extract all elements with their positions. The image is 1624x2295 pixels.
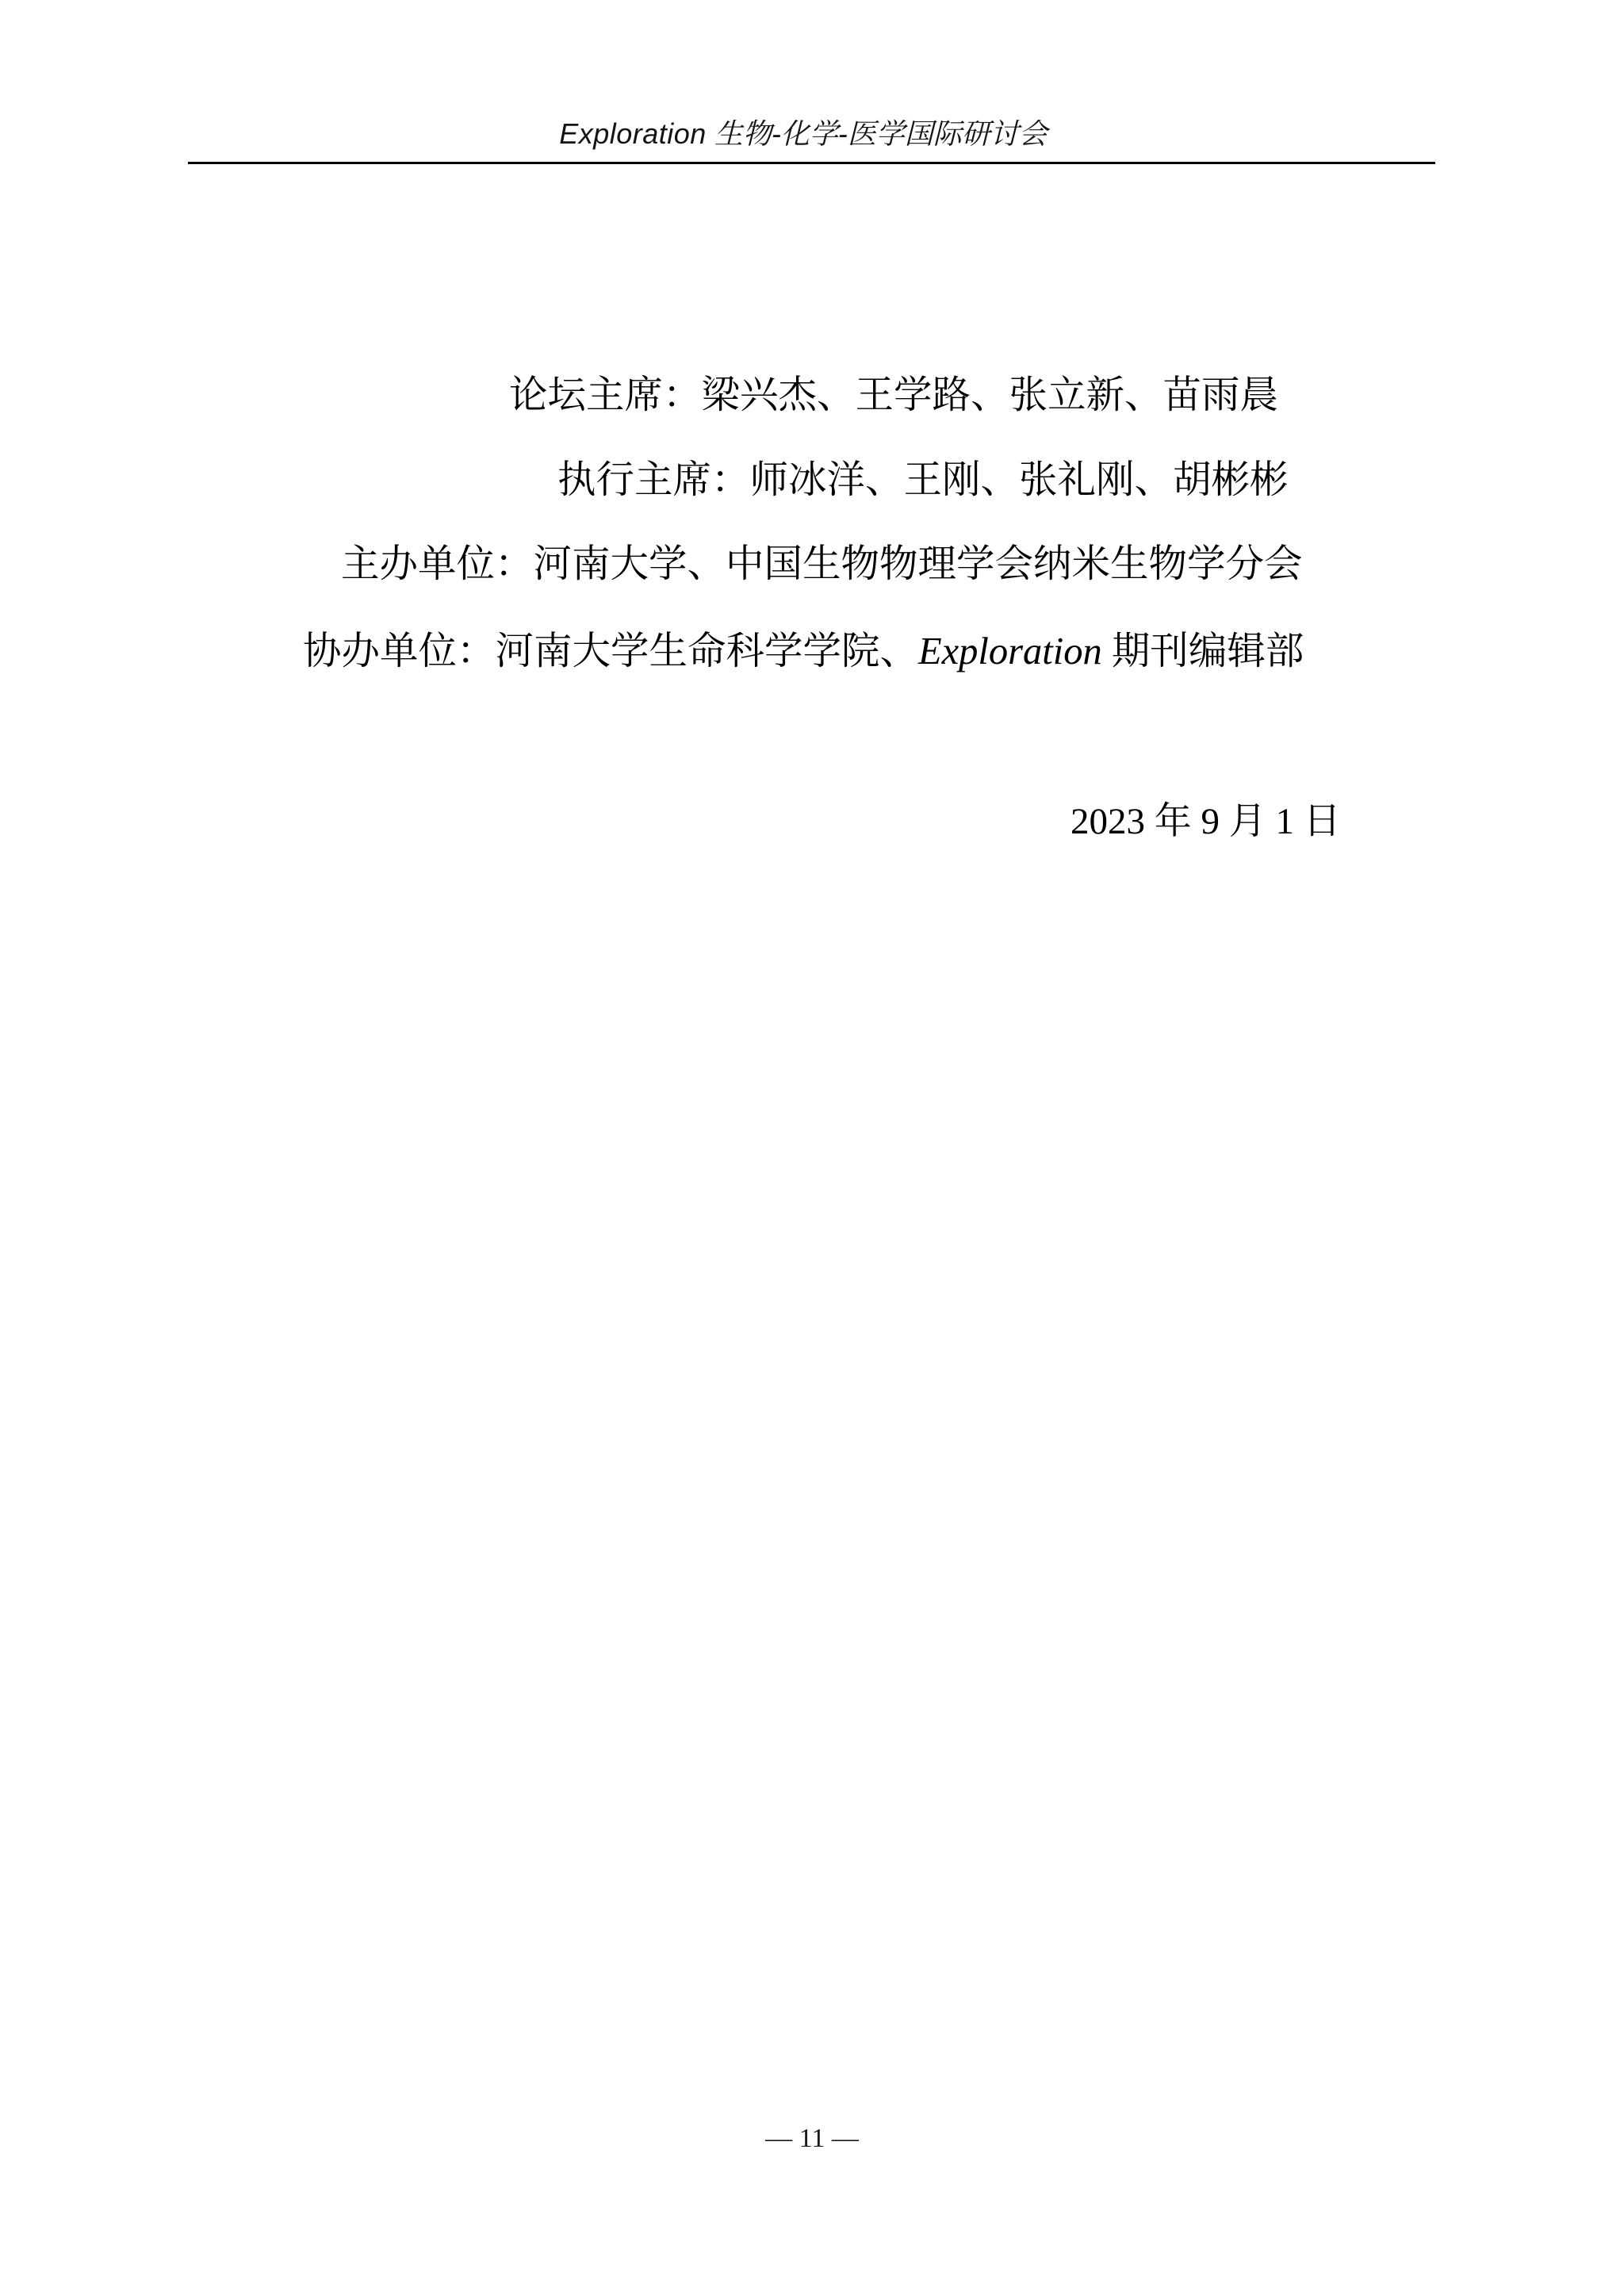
page-number: — 11 —: [0, 2124, 1624, 2153]
document-page: Exploration 生物-化学-医学国际研讨会 论坛主席：梁兴杰、王学路、张…: [0, 0, 1624, 2295]
co-organizer-prefix: 协办单位：河南大学生命科学学院、: [303, 630, 918, 672]
organizer-line: 主办单位：河南大学、中国生物物理学会纳米生物学分会: [341, 545, 1303, 584]
co-organizer-journal-name: Exploration: [918, 630, 1102, 672]
header-journal-name: Exploration: [559, 117, 707, 150]
page-header: Exploration 生物-化学-医学国际研讨会: [0, 117, 1607, 151]
header-rule-line: [188, 162, 1435, 164]
executive-chairs-line: 执行主席：师冰洋、王刚、张礼刚、胡彬彬: [557, 461, 1289, 500]
document-date: 2023 年 9 月 1 日: [1071, 803, 1341, 841]
forum-chairs-line: 论坛主席：梁兴杰、王学路、张立新、苗雨晨: [509, 376, 1278, 416]
co-organizer-line: 协办单位：河南大学生命科学学院、Exploration 期刊编辑部: [303, 632, 1304, 672]
co-organizer-suffix: 期刊编辑部: [1102, 630, 1304, 672]
header-conference-name: 生物-化学-医学国际研讨会: [707, 117, 1048, 150]
